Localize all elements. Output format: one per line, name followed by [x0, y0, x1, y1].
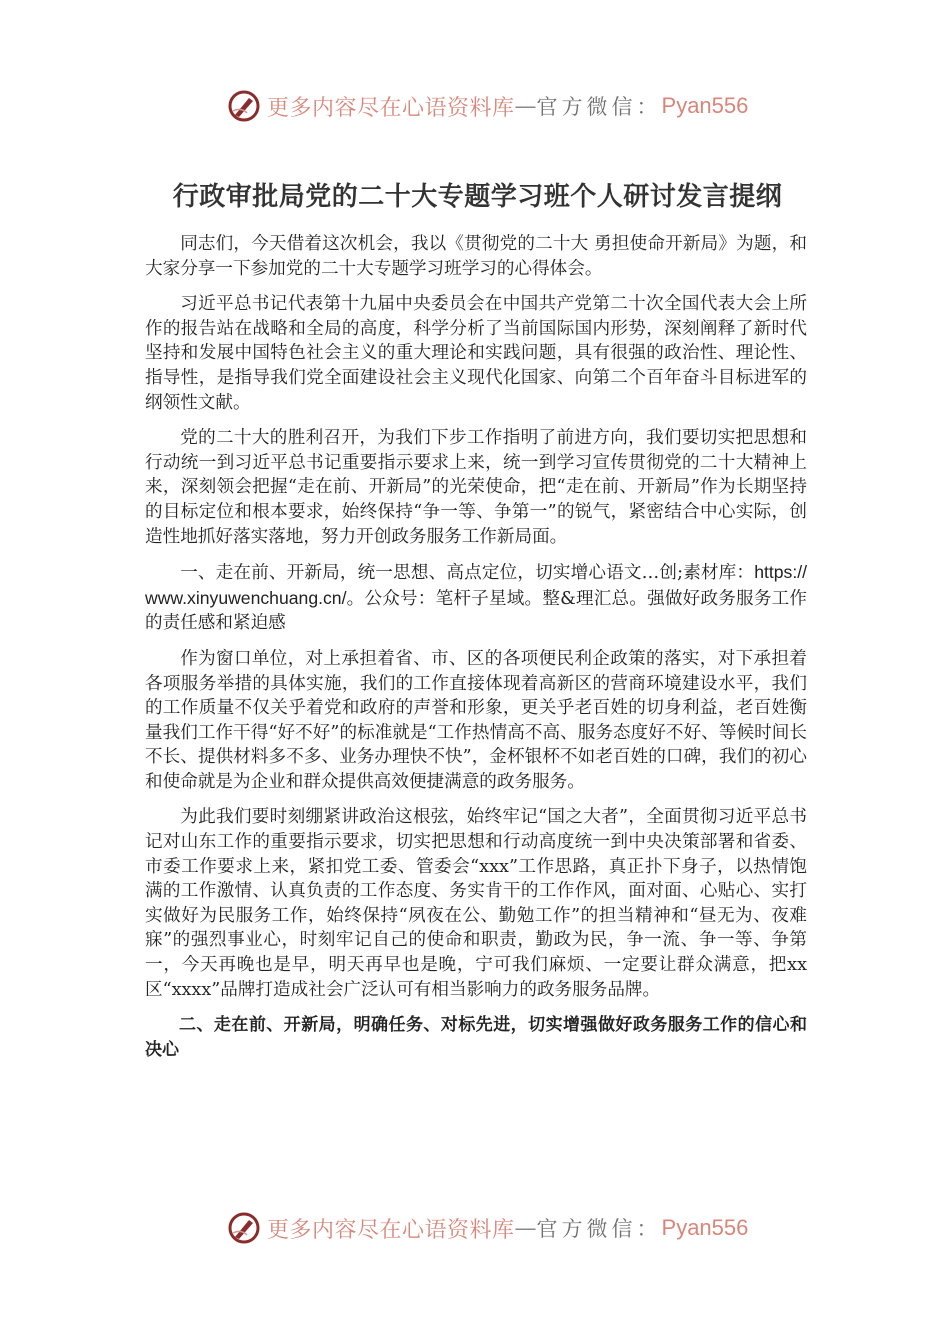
- quill-pen-logo-icon: [227, 89, 261, 123]
- banner-slogan: 更多内容尽在心语资料库: [267, 91, 515, 122]
- quill-pen-logo-icon: [227, 1211, 261, 1245]
- banner-slogan: 更多内容尽在心语资料库: [267, 1213, 515, 1244]
- document-title: 行政审批局党的二十大专题学习班个人研讨发言提纲: [145, 176, 810, 213]
- section-heading-two: 二、走在前、开新局，明确任务、对标先进，切实增强做好政务服务工作的信心和决心: [145, 1013, 807, 1062]
- section-heading-one: 一、走在前、开新局，统一思想、高点定位，切实增心语文…创;素材库：https:/…: [145, 560, 807, 636]
- banner-wechat-id: Pyan556: [662, 93, 749, 119]
- banner-dash: —: [515, 1216, 537, 1241]
- banner-dash: —: [515, 94, 537, 119]
- banner-wechat-label: 官方微信：: [537, 1213, 662, 1243]
- banner-wechat-id: Pyan556: [662, 1215, 749, 1241]
- section-one-text: 一、走在前、开新局，统一思想、高点定位，切实增心语文…创;素材库：: [180, 563, 754, 583]
- paragraph-politics: 为此我们要时刻绷紧讲政治这根弦，始终牢记“国之大者”，全面贯彻习近平总书记对山东…: [145, 805, 807, 1002]
- footer-watermark-banner: 更多内容尽在心语资料库 — 官方微信： Pyan556: [227, 1208, 748, 1248]
- paragraph-intro: 同志们，今天借着这次机会，我以《贯彻党的二十大 勇担使命开新局》为题，和大家分享…: [145, 232, 807, 281]
- paragraph-congress: 党的二十大的胜利召开，为我们下步工作指明了前进方向，我们要切实把思想和行动统一到…: [145, 426, 807, 549]
- paragraph-window-unit: 作为窗口单位，对上承担着省、市、区的各项便民利企政策的落实，对下承担着各项服务举…: [145, 647, 807, 795]
- paragraph-report: 习近平总书记代表第十九届中央委员会在中国共产党第二十次全国代表大会上所作的报告站…: [145, 292, 807, 415]
- document-body: 同志们，今天借着这次机会，我以《贯彻党的二十大 勇担使命开新局》为题，和大家分享…: [145, 232, 807, 1073]
- banner-wechat-label: 官方微信：: [537, 91, 662, 121]
- header-watermark-banner: 更多内容尽在心语资料库 — 官方微信： Pyan556: [227, 86, 748, 126]
